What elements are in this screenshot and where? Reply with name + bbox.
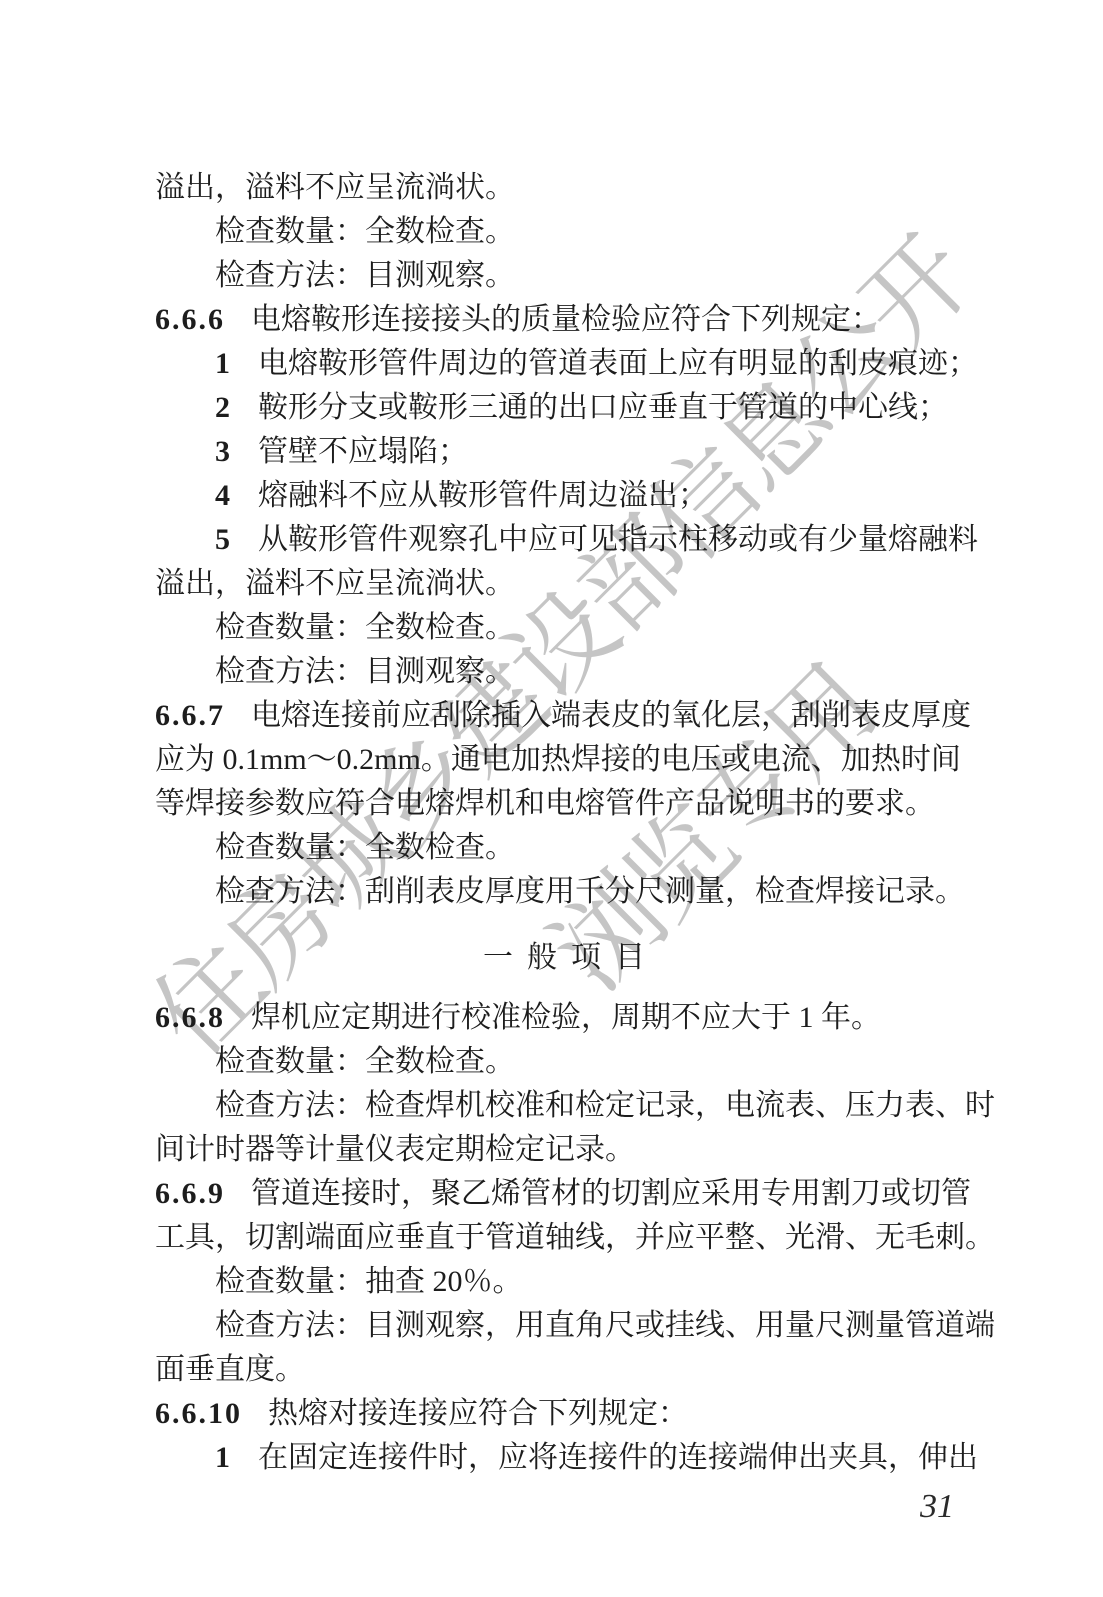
text-line: 面垂直度。: [155, 1348, 967, 1392]
page-number: 31: [920, 1488, 954, 1526]
line-text: 鞍形分支或鞍形三通的出口应垂直于管道的中心线；: [258, 391, 948, 424]
line-text: 检查方法：目测观察。: [215, 655, 515, 688]
line-text: 电熔鞍形连接接头的质量检验应符合下列规定：: [251, 303, 881, 336]
clause-number: 5: [215, 523, 232, 556]
text-line: 检查方法：刮削表皮厚度用千分尺测量，检查焊接记录。: [155, 870, 967, 914]
document-body: 溢出，溢料不应呈流淌状。检查数量：全数检查。检查方法：目测观察。6.6.6电熔鞍…: [155, 166, 967, 1480]
line-text: 检查方法：检查焊机校准和检定记录，电流表、压力表、时: [215, 1089, 995, 1122]
clause-number: 6.6.10: [155, 1397, 242, 1430]
line-text: 熔融料不应从鞍形管件周边溢出；: [258, 479, 708, 512]
clause-number: 1: [215, 1441, 232, 1474]
clause-line: 3管壁不应塌陷；: [155, 430, 967, 474]
text-line: 溢出，溢料不应呈流淌状。: [155, 166, 967, 210]
document-page: 住房城乡建设部信息公开 浏览专用 溢出，溢料不应呈流淌状。检查数量：全数检查。检…: [0, 0, 1103, 1597]
line-text: 检查数量：全数检查。: [215, 611, 515, 644]
text-line: 等焊接参数应符合电熔焊机和电熔管件产品说明书的要求。: [155, 782, 967, 826]
clause-line: 1在固定连接件时，应将连接件的连接端伸出夹具，伸出: [155, 1436, 967, 1480]
text-line: 间计时器等计量仪表定期检定记录。: [155, 1128, 967, 1172]
line-text: 工具，切割端面应垂直于管道轴线，并应平整、光滑、无毛刺。: [155, 1221, 995, 1254]
clause-number: 4: [215, 479, 232, 512]
line-text: 检查方法：目测观察。: [215, 259, 515, 292]
line-text: 检查数量：全数检查。: [215, 831, 515, 864]
text-line: 检查方法：目测观察。: [155, 254, 967, 298]
line-text: 溢出，溢料不应呈流淌状。: [155, 567, 515, 600]
line-text: 管道连接时，聚乙烯管材的切割应采用专用割刀或切管: [251, 1177, 971, 1210]
text-line: 应为 0.1mm～0.2mm。通电加热焊接的电压或电流、加热时间: [155, 738, 967, 782]
line-text: 管壁不应塌陷；: [258, 435, 468, 468]
text-line: 检查数量：全数检查。: [155, 1040, 967, 1084]
clause-number: 6.6.6: [155, 303, 225, 336]
clause-number: 6.6.7: [155, 699, 225, 732]
line-text: 溢出，溢料不应呈流淌状。: [155, 171, 515, 204]
clause-line: 2鞍形分支或鞍形三通的出口应垂直于管道的中心线；: [155, 386, 967, 430]
line-text: 焊机应定期进行校准检验，周期不应大于 1 年。: [251, 1001, 881, 1034]
clause-number: 6.6.8: [155, 1001, 225, 1034]
clause-number: 6.6.9: [155, 1177, 225, 1210]
line-text: 电熔鞍形管件周边的管道表面上应有明显的刮皮痕迹；: [258, 347, 978, 380]
clause-line: 4熔融料不应从鞍形管件周边溢出；: [155, 474, 967, 518]
line-text: 检查数量：全数检查。: [215, 1045, 515, 1078]
line-text: 从鞍形管件观察孔中应可见指示柱移动或有少量熔融料: [258, 523, 978, 556]
text-line: 检查数量：抽查 20％。: [155, 1260, 967, 1304]
line-text: 检查数量：抽查 20％。: [215, 1265, 523, 1298]
line-text: 电熔连接前应刮除插入端表皮的氧化层，刮削表皮厚度: [251, 699, 971, 732]
text-line: 溢出，溢料不应呈流淌状。: [155, 562, 967, 606]
clause-number: 2: [215, 391, 232, 424]
clause-line: 6.6.8焊机应定期进行校准检验，周期不应大于 1 年。: [155, 996, 967, 1040]
text-line: 检查数量：全数检查。: [155, 826, 967, 870]
section-heading: 一般项目: [155, 936, 967, 980]
text-line: 检查数量：全数检查。: [155, 606, 967, 650]
text-line: 工具，切割端面应垂直于管道轴线，并应平整、光滑、无毛刺。: [155, 1216, 967, 1260]
line-text: 检查方法：刮削表皮厚度用千分尺测量，检查焊接记录。: [215, 875, 965, 908]
clause-line: 6.6.9管道连接时，聚乙烯管材的切割应采用专用割刀或切管: [155, 1172, 967, 1216]
line-text: 应为 0.1mm～0.2mm。通电加热焊接的电压或电流、加热时间: [155, 743, 961, 776]
line-text: 等焊接参数应符合电熔焊机和电熔管件产品说明书的要求。: [155, 787, 935, 820]
line-text: 间计时器等计量仪表定期检定记录。: [155, 1133, 635, 1166]
clause-line: 6.6.10热熔对接连接应符合下列规定：: [155, 1392, 967, 1436]
text-line: 检查方法：目测观察，用直角尺或挂线、用量尺测量管道端: [155, 1304, 967, 1348]
clause-line: 6.6.6电熔鞍形连接接头的质量检验应符合下列规定：: [155, 298, 967, 342]
clause-number: 3: [215, 435, 232, 468]
text-line: 检查数量：全数检查。: [155, 210, 967, 254]
line-text: 热熔对接连接应符合下列规定：: [268, 1397, 688, 1430]
text-line: 检查方法：目测观察。: [155, 650, 967, 694]
text-line: 检查方法：检查焊机校准和检定记录，电流表、压力表、时: [155, 1084, 967, 1128]
line-text: 检查方法：目测观察，用直角尺或挂线、用量尺测量管道端: [215, 1309, 995, 1342]
line-text: 在固定连接件时，应将连接件的连接端伸出夹具，伸出: [258, 1441, 978, 1474]
clause-line: 6.6.7电熔连接前应刮除插入端表皮的氧化层，刮削表皮厚度: [155, 694, 967, 738]
clause-line: 5从鞍形管件观察孔中应可见指示柱移动或有少量熔融料: [155, 518, 967, 562]
line-text: 面垂直度。: [155, 1353, 305, 1386]
clause-number: 1: [215, 347, 232, 380]
line-text: 检查数量：全数检查。: [215, 215, 515, 248]
clause-line: 1电熔鞍形管件周边的管道表面上应有明显的刮皮痕迹；: [155, 342, 967, 386]
